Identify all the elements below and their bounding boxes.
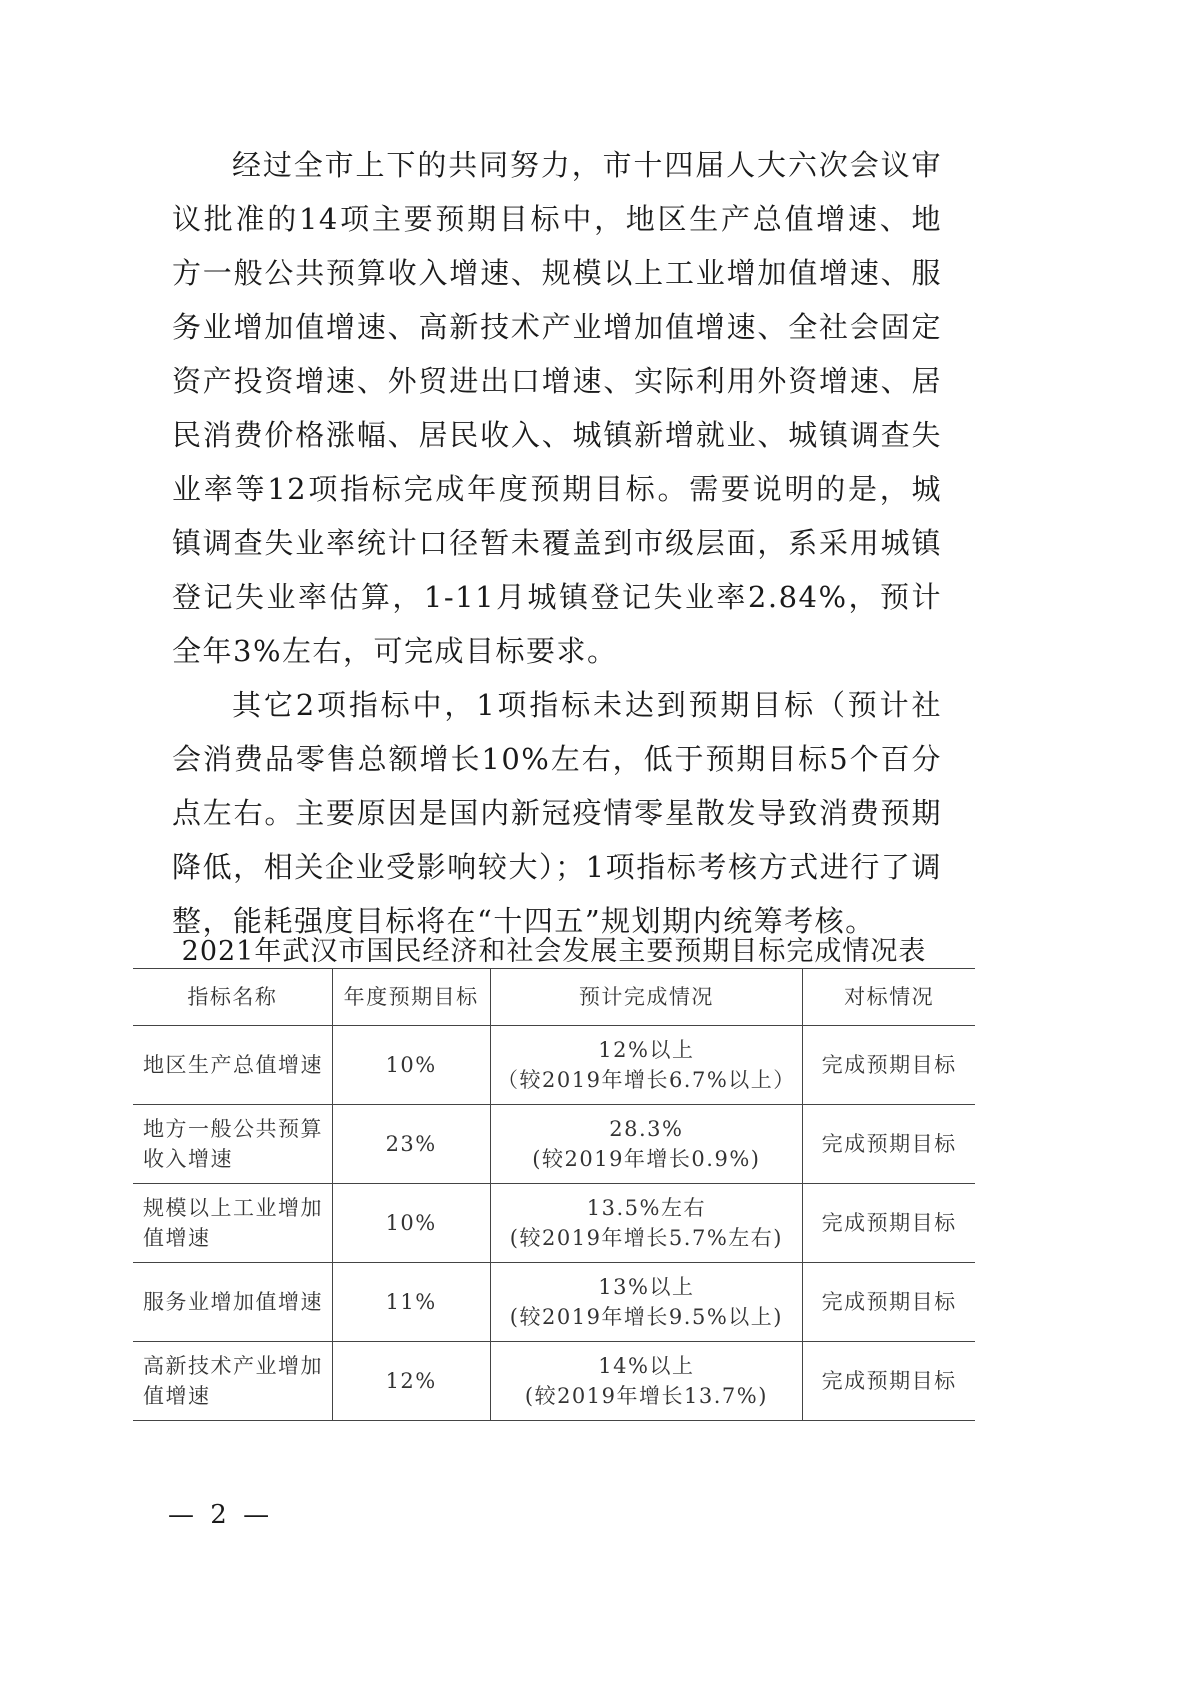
indicator-name: 规模以上工业增加值增速 xyxy=(133,1184,332,1263)
result-sub: (较2019年增长5.7%左右) xyxy=(491,1223,803,1253)
benchmark-status: 完成预期目标 xyxy=(803,1342,975,1421)
result-sub: (较2019年增长13.7%) xyxy=(491,1381,803,1411)
result-main: 14%以上 xyxy=(491,1351,803,1381)
result-sub: (较2019年增长9.5%以上) xyxy=(491,1302,803,1332)
indicator-name: 高新技术产业增加值增速 xyxy=(133,1342,332,1421)
result-sub: （较2019年增长6.7%以上） xyxy=(491,1065,803,1095)
benchmark-status: 完成预期目标 xyxy=(803,1026,975,1105)
header-indicator-name: 指标名称 xyxy=(133,969,332,1026)
expected-result: 13.5%左右 (较2019年增长5.7%左右) xyxy=(490,1184,803,1263)
result-main: 13.5%左右 xyxy=(491,1193,803,1223)
result-main: 12%以上 xyxy=(491,1035,803,1065)
table-row: 地方一般公共预算收入增速 23% 28.3% (较2019年增长0.9%) 完成… xyxy=(133,1105,975,1184)
result-sub: (较2019年增长0.9%) xyxy=(491,1144,803,1174)
table-header-row: 指标名称 年度预期目标 预计完成情况 对标情况 xyxy=(133,969,975,1026)
table-row: 服务业增加值增速 11% 13%以上 (较2019年增长9.5%以上) 完成预期… xyxy=(133,1263,975,1342)
expected-result: 12%以上 （较2019年增长6.7%以上） xyxy=(490,1026,803,1105)
annual-target: 23% xyxy=(332,1105,490,1184)
paragraph-targets-summary: 经过全市上下的共同努力，市十四届人大六次会议审议批准的14项主要预期目标中，地区… xyxy=(172,138,942,678)
table-caption: 2021年武汉市国民经济和社会发展主要预期目标完成情况表 xyxy=(133,935,975,969)
table-row: 规模以上工业增加值增速 10% 13.5%左右 (较2019年增长5.7%左右)… xyxy=(133,1184,975,1263)
header-benchmark-status: 对标情况 xyxy=(803,969,975,1026)
result-main: 28.3% xyxy=(491,1114,803,1144)
table-row: 高新技术产业增加值增速 12% 14%以上 (较2019年增长13.7%) 完成… xyxy=(133,1342,975,1421)
expected-result: 28.3% (较2019年增长0.9%) xyxy=(490,1105,803,1184)
header-annual-target: 年度预期目标 xyxy=(332,969,490,1026)
table-row: 地区生产总值增速 10% 12%以上 （较2019年增长6.7%以上） 完成预期… xyxy=(133,1026,975,1105)
expected-result: 14%以上 (较2019年增长13.7%) xyxy=(490,1342,803,1421)
benchmark-status: 完成预期目标 xyxy=(803,1263,975,1342)
annual-target: 12% xyxy=(332,1342,490,1421)
result-main: 13%以上 xyxy=(491,1272,803,1302)
header-expected-result: 预计完成情况 xyxy=(490,969,803,1026)
annual-target: 10% xyxy=(332,1026,490,1105)
annual-target: 10% xyxy=(332,1184,490,1263)
indicator-name: 地方一般公共预算收入增速 xyxy=(133,1105,332,1184)
indicator-name: 服务业增加值增速 xyxy=(133,1263,332,1342)
benchmark-status: 完成预期目标 xyxy=(803,1105,975,1184)
targets-table: 指标名称 年度预期目标 预计完成情况 对标情况 地区生产总值增速 10% 12%… xyxy=(133,968,975,1421)
indicator-name: 地区生产总值增速 xyxy=(133,1026,332,1105)
benchmark-status: 完成预期目标 xyxy=(803,1184,975,1263)
paragraph-other-indicators: 其它2项指标中，1项指标未达到预期目标（预计社会消费品零售总额增长10%左右，低… xyxy=(172,678,942,948)
expected-result: 13%以上 (较2019年增长9.5%以上) xyxy=(490,1263,803,1342)
annual-target: 11% xyxy=(332,1263,490,1342)
page-number: — 2 — xyxy=(168,1500,273,1530)
